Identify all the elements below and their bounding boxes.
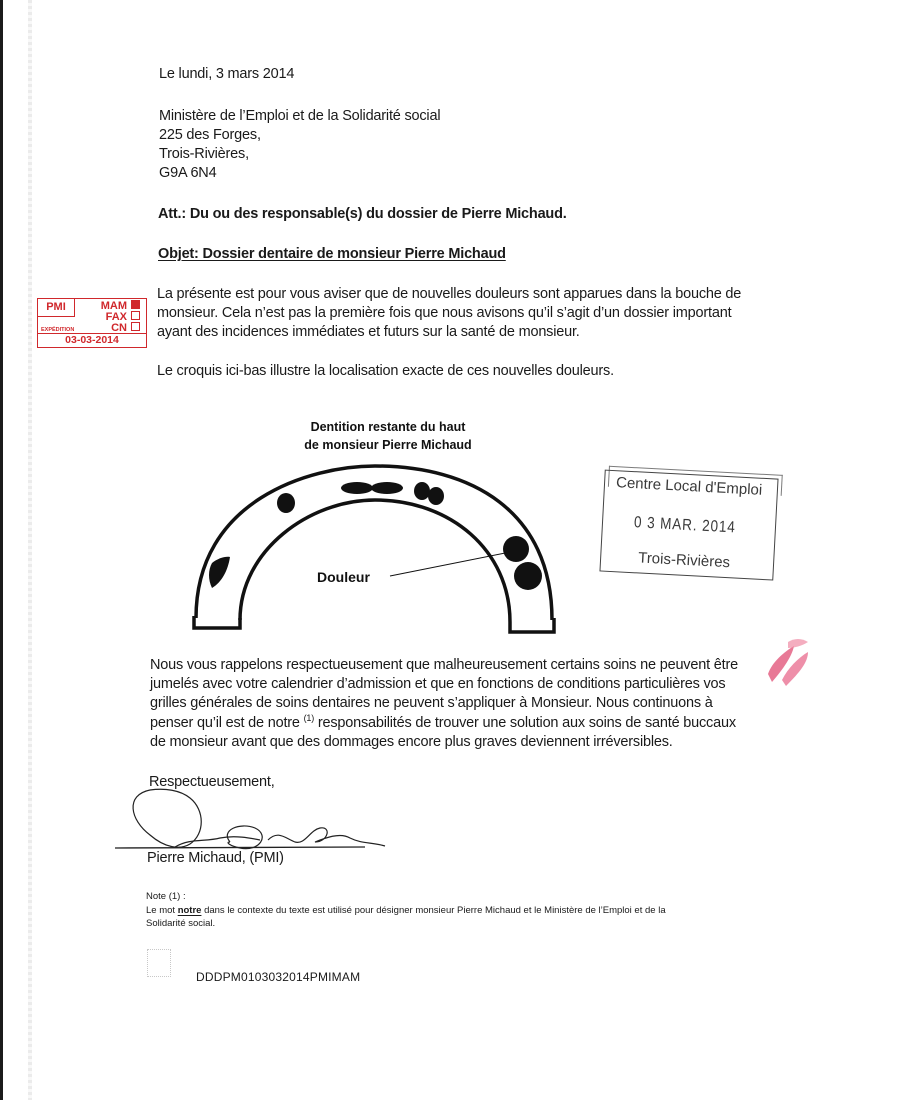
footnote-text: Le mot notre dans le contexte du texte e… (146, 905, 666, 917)
lipstick-kiss-mark (762, 634, 812, 690)
scanner-edge (0, 0, 3, 1100)
paragraph-line: La présente est pour vous aviser que de … (157, 285, 741, 304)
scanner-artifact-line (28, 0, 32, 1100)
stamp-date: 03-03-2014 (38, 333, 146, 347)
recipient-city: Trois-Rivières, (159, 145, 249, 164)
painful-tooth-2 (514, 562, 542, 590)
attention-line: Att.: Du ou des responsable(s) du dossie… (158, 205, 567, 224)
diagram-title-line: Dentition restante du haut (288, 418, 488, 436)
paragraph-line: Nous vous rappelons respectueusement que… (150, 656, 738, 675)
recipient-postal-code: G9A 6N4 (159, 164, 216, 183)
paragraph-sketch-intro: Le croquis ici-bas illustre la localisat… (157, 362, 614, 381)
handwritten-signature (110, 780, 410, 860)
pain-label: Douleur (317, 569, 370, 585)
tooth-incisor-1 (341, 482, 373, 494)
paragraph-line: grilles générales de soins dentaires ne … (150, 694, 738, 713)
tooth-left-premolar (277, 493, 295, 513)
unchecked-box-icon (131, 322, 140, 331)
paragraph-line: penser qu’il est de notre (1) responsabi… (150, 714, 738, 733)
paragraph-line: jumelés avec votre calendrier d’admissio… (150, 675, 738, 694)
paragraph-line: monsieur. Cela n’est pas la première foi… (157, 304, 741, 323)
paragraph-line: ayant des incidences immédiates et futur… (157, 323, 741, 342)
diagram-title: Dentition restante du haut de monsieur P… (288, 418, 488, 454)
painful-tooth-1 (503, 536, 529, 562)
diagram-title-line: de monsieur Pierre Michaud (288, 436, 488, 454)
unchecked-box-icon (131, 311, 140, 320)
footnote-text-line2: Solidarité social. (146, 918, 215, 930)
pmi-dispatch-stamp: PMI MAM FAX CN EXPÉDITION 03-03-2014 (37, 298, 147, 348)
received-date-stamp: Centre Local d'Emploi 0 3 MAR. 2014 Troi… (595, 465, 781, 584)
letter-date: Le lundi, 3 mars 2014 (159, 65, 294, 84)
document-placeholder-icon (147, 949, 171, 977)
checked-box-icon (131, 300, 140, 309)
arch-inner-edge (240, 500, 510, 622)
signatory-name: Pierre Michaud, (PMI) (147, 849, 284, 868)
tooth-premolar (428, 487, 444, 505)
paragraph-line: de monsieur avant que des dommages encor… (150, 733, 738, 752)
tooth-canine (414, 482, 430, 500)
pain-pointer-line (390, 552, 510, 576)
subject-line: Objet: Dossier dentaire de monsieur Pier… (158, 245, 506, 264)
arch-right-end (510, 618, 554, 632)
paragraph-intro: La présente est pour vous aviser que de … (157, 285, 741, 343)
footnote-title: Note (1) : (146, 891, 186, 903)
tooth-incisor-2 (371, 482, 403, 494)
reference-code: DDDPM0103032014PMIMAM (196, 970, 360, 984)
footnote-marker: (1) (304, 713, 314, 723)
recipient-street: 225 des Forges, (159, 126, 261, 145)
footnote-emphasis-word: notre (178, 905, 202, 916)
stamp-sender: PMI (38, 299, 75, 317)
recipient-name: Ministère de l’Emploi et de la Solidarit… (159, 107, 440, 126)
upper-teeth-diagram (190, 460, 560, 650)
paragraph-reminder: Nous vous rappelons respectueusement que… (150, 656, 738, 752)
tooth-left-molar (209, 557, 230, 588)
arch-left-end (194, 616, 240, 628)
